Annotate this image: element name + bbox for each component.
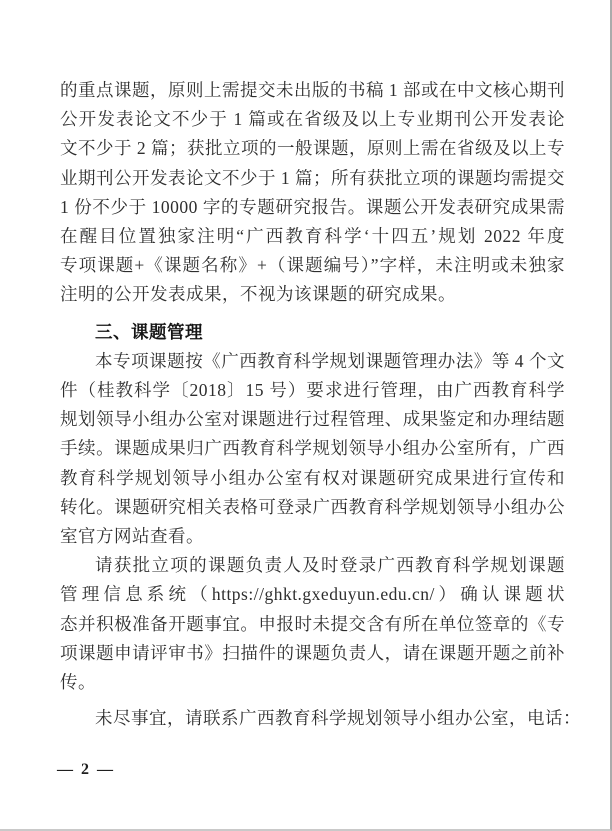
text-line: 请获批立项的课题负责人及时登录广西教育科学规划课题	[60, 551, 565, 580]
text-line: 管理信息系统（https://ghkt.gxeduyun.edu.cn/）确认课…	[60, 580, 565, 609]
text-line: 转化。课题研究相关表格可登录广西教育科学规划领导小组办公	[60, 493, 565, 522]
text-line: 的重点课题，原则上需提交未出版的书稿 1 部或在中文核心期刊	[60, 76, 565, 105]
text-line: 规划领导小组办公室对课题进行过程管理、成果鉴定和办理结题	[60, 405, 565, 434]
text-line: 未尽事宜，请联系广西教育科学规划领导小组办公室，电话：	[60, 704, 565, 733]
text-line: 传。	[60, 668, 565, 697]
text-line: 态并积极准备开题事宜。申报时未提交含有所在单位签章的《专	[60, 610, 565, 639]
scanned-document-page: 的重点课题，原则上需提交未出版的书稿 1 部或在中文核心期刊公开发表论文不少于 …	[0, 0, 612, 831]
text-line: 专项课题+《课题名称》+（课题编号）”字样，未注明或未独家	[60, 251, 565, 280]
text-line: 注明的公开发表成果，不视为该课题的研究成果。	[60, 280, 565, 309]
section-heading: 三、课题管理	[60, 318, 565, 347]
text-line: 教育科学规划领导小组办公室有权对课题研究成果进行宣传和	[60, 464, 565, 493]
text-line: 本专项课题按《广西教育科学规划课题管理办法》等 4 个文	[60, 347, 565, 376]
text-line: 在醒目位置独家注明“广西教育科学‘十四五’规划 2022 年度	[60, 222, 565, 251]
page-number: — 2 —	[57, 761, 115, 779]
text-line: 1 份不少于 10000 字的专题研究报告。课题公开发表研究成果需	[60, 193, 565, 222]
text-line: 手续。课题成果归广西教育科学规划领导小组办公室所有，广西	[60, 434, 565, 463]
text-line: 室官方网站查看。	[60, 522, 565, 551]
text-line: 项课题申请评审书》扫描件的课题负责人，请在课题开题之前补	[60, 639, 565, 668]
document-body: 的重点课题，原则上需提交未出版的书稿 1 部或在中文核心期刊公开发表论文不少于 …	[60, 76, 565, 733]
text-line: 业期刊公开发表论文不少于 1 篇；所有获批立项的课题均需提交	[60, 164, 565, 193]
text-line: 文不少于 2 篇；获批立项的一般课题，原则上需在省级及以上专	[60, 134, 565, 163]
text-line: 公开发表论文不少于 1 篇或在省级及以上专业期刊公开发表论	[60, 105, 565, 134]
text-line: 件（桂教科学〔2018〕15 号）要求进行管理，由广西教育科学	[60, 376, 565, 405]
